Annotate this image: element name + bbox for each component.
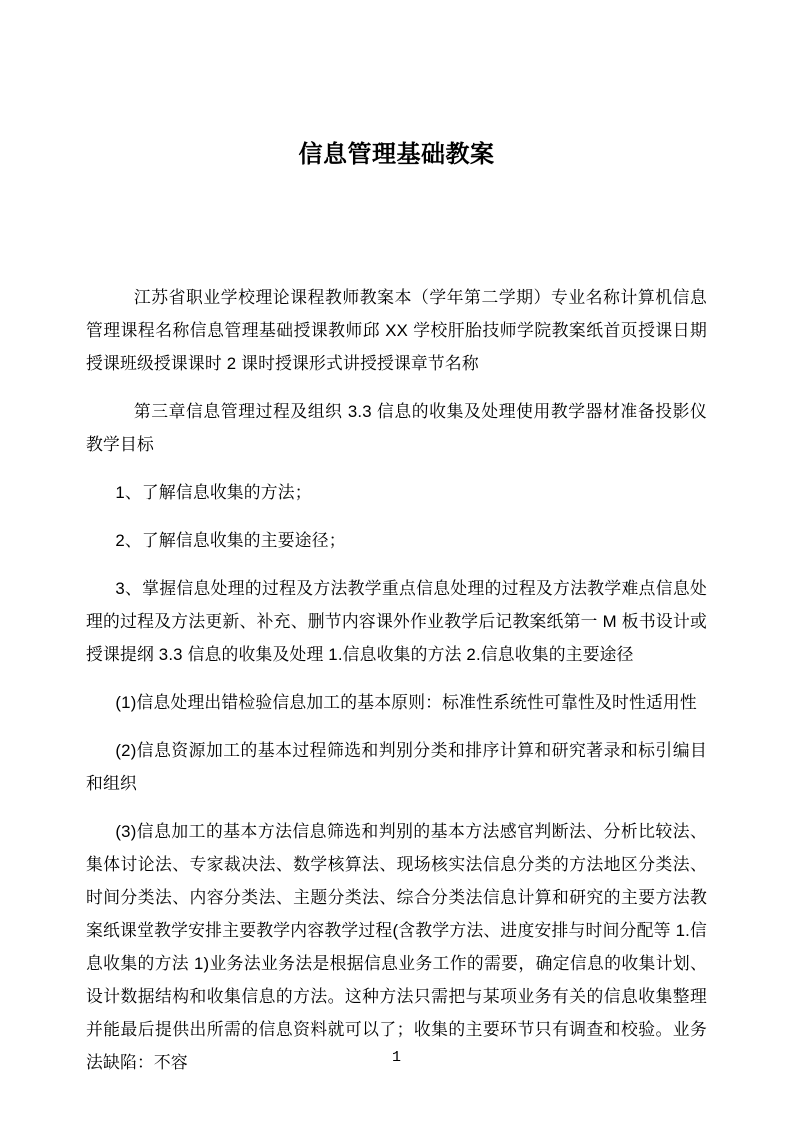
page-number: 1	[0, 1047, 793, 1069]
point-2-process-paragraph: (2)信息资源加工的基本过程筛选和判别分类和排序计算和研究著录和标引编目和组织	[86, 734, 707, 800]
chapter-section-paragraph: 第三章信息管理过程及组织 3.3 信息的收集及处理使用教学器材准备投影仪教学目标	[86, 395, 707, 461]
document-title: 信息管理基础教案	[86, 141, 707, 169]
objective-item-2: 2、了解信息收集的主要途径；	[86, 524, 707, 557]
objective-item-3-teaching-points: 3、掌握信息处理的过程及方法教学重点信息处理的过程及方法教学难点信息处理的过程及…	[86, 572, 707, 671]
point-1-principles-paragraph: (1)信息处理出错检验信息加工的基本原则：标准性系统性可靠性及时性适用性	[86, 686, 707, 719]
document-page: 信息管理基础教案 江苏省职业学校理论课程教师教案本（学年第二学期）专业名称计算机…	[0, 0, 793, 1122]
objective-item-1: 1、了解信息收集的方法；	[86, 476, 707, 509]
header-info-paragraph: 江苏省职业学校理论课程教师教案本（学年第二学期）专业名称计算机信息管理课程名称信…	[86, 281, 707, 380]
point-3-methods-paragraph: (3)信息加工的基本方法信息筛选和判别的基本方法感官判断法、分析比较法、集体讨论…	[86, 815, 707, 1079]
